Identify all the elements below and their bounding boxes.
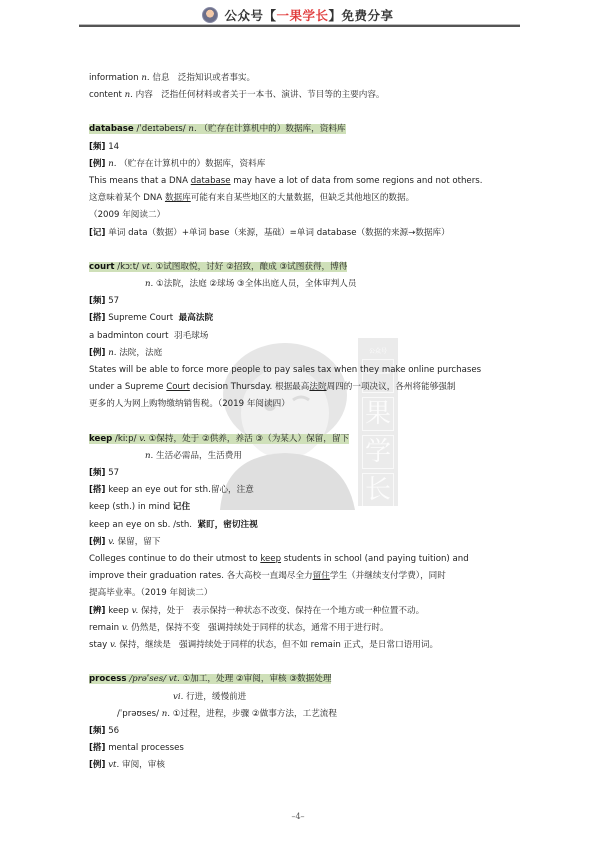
underlined-word: 留住 bbox=[313, 571, 330, 581]
text: 各大高校一直竭尽全力 bbox=[224, 571, 313, 581]
frequency-line: [频] 57 bbox=[89, 293, 517, 310]
text: 根据最高 bbox=[272, 382, 309, 392]
meaning: 保留，留下 bbox=[118, 537, 161, 547]
memory-text: 单词 data（数据）+单词 base（来源，基础）=单词 database（数… bbox=[108, 228, 450, 238]
example-en: States will be able to force more people… bbox=[89, 362, 517, 379]
pos: vi. bbox=[173, 692, 183, 702]
headword: keep bbox=[89, 434, 112, 444]
collocation-zh: 记住 bbox=[173, 502, 190, 512]
pos: n. bbox=[145, 279, 153, 289]
pos: n. bbox=[108, 348, 116, 358]
text: 提高毕业率。 bbox=[89, 588, 141, 598]
collocation-en: keep an eye on sb. /sth. bbox=[89, 520, 192, 530]
meaning: ①试图取悦，讨好 ②招致，酿成 ③试图获得，博得 bbox=[155, 262, 347, 272]
entry-process-headword: process /prəˈses/ vt. ①加工，处理 ②审阅，审核 ③数据处… bbox=[89, 671, 517, 688]
example-en: This means that a DNA database may have … bbox=[89, 173, 517, 190]
text: may have a lot of data from some regions… bbox=[231, 176, 483, 186]
collocation-line: [搭] keep an eye out for sth.留心，注意 bbox=[89, 482, 517, 499]
underlined-word: keep bbox=[260, 554, 281, 564]
example-zh: 提高毕业率。（2019 年阅读二） bbox=[89, 585, 517, 602]
header-suffix: 】免费分享 bbox=[329, 8, 394, 23]
collocation-en: keep (sth.) in mind bbox=[89, 502, 170, 512]
frequency-line: [频] 14 bbox=[89, 139, 517, 156]
intro-line: information n. 信息 泛指知识或者事实。 bbox=[89, 70, 517, 87]
meaning: ①加工，处理 ②审阅，审核 ③数据处理 bbox=[183, 674, 332, 684]
headword: database bbox=[89, 124, 134, 134]
avatar-icon bbox=[202, 7, 218, 23]
text: decision Thursday. bbox=[190, 382, 272, 392]
entry-court-headword: court /kɔːt/ vt. ①试图取悦，讨好 ②招致，酿成 ③试图获得，博… bbox=[89, 259, 517, 276]
example-en: Colleges continue to do their utmost to … bbox=[89, 551, 517, 568]
distinction-tag: [辨] bbox=[89, 606, 105, 616]
example-line: [例] n. 法院，法庭 bbox=[89, 345, 517, 362]
collocation-line: [搭] mental processes bbox=[89, 740, 517, 757]
freq-tag: [频] bbox=[89, 468, 105, 478]
text: 学生（并继续支付学费），同时 bbox=[330, 571, 446, 581]
phonetic: /kɔːt/ bbox=[117, 262, 139, 272]
example-source: （2019 年阅读二） bbox=[141, 588, 213, 598]
collocation-line: a badminton court 羽毛球场 bbox=[89, 328, 517, 345]
text: 这意味着某个 DNA bbox=[89, 193, 165, 203]
phonetic: /prəˈses/ bbox=[129, 674, 166, 684]
text: improve their graduation rates. bbox=[89, 571, 224, 581]
underlined-word: 法院 bbox=[309, 382, 326, 392]
page-number: –4– bbox=[0, 812, 596, 821]
pos: v. bbox=[108, 537, 115, 547]
example-zh: 这意味着某个 DNA 数据库可能有来自某些地区的大量数据，但缺乏其他地区的数据。 bbox=[89, 190, 517, 207]
meaning: （贮存在计算机中的）数据库，资料库 bbox=[119, 159, 265, 169]
freq-value: 14 bbox=[108, 142, 119, 152]
pos: vt. bbox=[142, 262, 153, 272]
note: 强调持续处于同样的状态，通常不用于进行时。 bbox=[208, 623, 388, 633]
freq-tag: [频] bbox=[89, 296, 105, 306]
meaning: 行进，缓慢前进 bbox=[186, 692, 246, 702]
text: Colleges continue to do their utmost to bbox=[89, 554, 260, 564]
example-zh: 更多的人为网上购物缴纳销售税。（2019 年阅读四） bbox=[89, 396, 517, 413]
distinction-line: remain v. 仍然是，保持不变 强调持续处于同样的状态，通常不用于进行时。 bbox=[89, 620, 517, 637]
collocation-tag: [搭] bbox=[89, 743, 105, 753]
header-title: 公众号【一果学长】免费分享 bbox=[224, 6, 393, 24]
note: 泛指任何材料或者关于一本书、演讲、节目等的主要内容。 bbox=[161, 90, 384, 100]
frequency-line: [频] 56 bbox=[89, 723, 517, 740]
meaning: ①过程，进程，步骤 ②做事方法，工艺流程 bbox=[173, 709, 337, 719]
example-tag: [例] bbox=[89, 348, 105, 358]
pos: v. bbox=[132, 606, 139, 616]
text: 更多的人为网上购物缴纳销售税。 bbox=[89, 399, 218, 409]
sense-line: n. ①法院，法庭 ②球场 ③全体出庭人员，全体审判人员 bbox=[89, 276, 517, 293]
document-body: information n. 信息 泛指知识或者事实。 content n. 内… bbox=[89, 70, 517, 775]
pos: v. bbox=[122, 623, 129, 633]
entry-database-headword: database /ˈdeɪtəbeɪs/ n. （贮存在计算机中的）数据库，资… bbox=[89, 121, 517, 138]
collocation-line: keep (sth.) in mind 记住 bbox=[89, 499, 517, 516]
collocation-en: a badminton court bbox=[89, 331, 169, 341]
text: 周四的一项决议，各州将能够强制 bbox=[327, 382, 456, 392]
sense-line: /ˈprəʊses/ n. ①过程，进程，步骤 ②做事方法，工艺流程 bbox=[89, 706, 517, 723]
collocation-en: mental processes bbox=[108, 743, 184, 753]
meaning: 保持，继续是 bbox=[119, 640, 171, 650]
pos: n. bbox=[188, 124, 196, 134]
sense-line: n. 生活必需品，生活费用 bbox=[89, 448, 517, 465]
meaning: ①保持，处于 ②供养，养活 ③（为某人）保留，留下 bbox=[149, 434, 349, 444]
meaning: ①法院，法庭 ②球场 ③全体出庭人员，全体审判人员 bbox=[156, 279, 356, 289]
collocation-en: Supreme Court bbox=[108, 313, 173, 323]
text: students in school (and paying tuition) … bbox=[281, 554, 469, 564]
distinction-line: stay v. 保持，继续是 强调持续处于同样的状态，但不如 remain 正式… bbox=[89, 637, 517, 654]
entry-keep-headword: keep /kiːp/ v. ①保持，处于 ②供养，养活 ③（为某人）保留，留下 bbox=[89, 431, 517, 448]
memory-tag: [记] bbox=[89, 228, 105, 238]
example-source: （2019 年阅读四） bbox=[218, 399, 290, 409]
meaning: 生活必需品，生活费用 bbox=[156, 451, 242, 461]
word: stay bbox=[89, 640, 107, 650]
example-tag: [例] bbox=[89, 537, 105, 547]
example-line: [例] n. （贮存在计算机中的）数据库，资料库 bbox=[89, 156, 517, 173]
freq-tag: [频] bbox=[89, 726, 105, 736]
underlined-word: Court bbox=[166, 382, 190, 392]
pos: v. bbox=[139, 434, 146, 444]
header-divider bbox=[79, 24, 520, 27]
header-prefix: 公众号【 bbox=[224, 8, 276, 23]
note: 强调持续处于同样的状态，但不如 remain 正式，是日常口语用词。 bbox=[179, 640, 438, 650]
collocation-en: keep an eye out for sth. bbox=[108, 485, 211, 495]
meaning: 保持，处于 bbox=[141, 606, 184, 616]
pos: vt. bbox=[108, 760, 119, 770]
collocation-line: [搭] Supreme Court 最高法院 bbox=[89, 310, 517, 327]
note: 表示保持一种状态不改变、保持在一个地方或一种位置不动。 bbox=[192, 606, 424, 616]
freq-value: 56 bbox=[108, 726, 119, 736]
collocation-line: keep an eye on sb. /sth. 紧盯，密切注视 bbox=[89, 517, 517, 534]
pos: vt. bbox=[169, 674, 180, 684]
collocation-zh: 留心，注意 bbox=[211, 485, 254, 495]
example-line: [例] v. 保留，留下 bbox=[89, 534, 517, 551]
text: This means that a DNA bbox=[89, 176, 191, 186]
freq-value: 57 bbox=[108, 468, 119, 478]
freq-tag: [频] bbox=[89, 142, 105, 152]
collocation-zh: 紧盯，密切注视 bbox=[198, 520, 258, 530]
collocation-zh: 羽毛球场 bbox=[174, 331, 208, 341]
headword: court bbox=[89, 262, 114, 272]
note: 泛指知识或者事实。 bbox=[178, 73, 255, 83]
underlined-word: 数据库 bbox=[165, 193, 191, 203]
meaning: 仍然是，保持不变 bbox=[131, 623, 200, 633]
headword: process bbox=[89, 674, 126, 684]
pos: v. bbox=[110, 640, 117, 650]
meaning: 内容 bbox=[136, 90, 153, 100]
collocation-zh: 最高法院 bbox=[179, 313, 213, 323]
example-en: under a Supreme Court decision Thursday.… bbox=[89, 379, 517, 396]
phonetic: /ˈdeɪtəbeɪs/ bbox=[137, 124, 186, 134]
phonetic: /ˈprəʊses/ bbox=[117, 709, 159, 719]
frequency-line: [频] 57 bbox=[89, 465, 517, 482]
freq-value: 57 bbox=[108, 296, 119, 306]
distinction-line: [辨] keep v. 保持，处于 表示保持一种状态不改变、保持在一个地方或一种… bbox=[89, 603, 517, 620]
pos: n. bbox=[141, 73, 149, 83]
word: remain bbox=[89, 623, 119, 633]
text: 可能有来自某些地区的大量数据，但缺乏其他地区的数据。 bbox=[191, 193, 414, 203]
example-source: （2009 年阅读二） bbox=[89, 207, 517, 224]
example-en: improve their graduation rates. 各大高校一直竭尽… bbox=[89, 568, 517, 585]
collocation-tag: [搭] bbox=[89, 313, 105, 323]
word: information bbox=[89, 73, 139, 83]
pos: n. bbox=[108, 159, 116, 169]
word: keep bbox=[108, 606, 129, 616]
collocation-tag: [搭] bbox=[89, 485, 105, 495]
example-tag: [例] bbox=[89, 159, 105, 169]
example-line: [例] vt. 审阅，审核 bbox=[89, 757, 517, 774]
memory-line: [记] 单词 data（数据）+单词 base（来源，基础）=单词 databa… bbox=[89, 225, 517, 242]
meaning: 法院，法庭 bbox=[119, 348, 162, 358]
intro-line: content n. 内容 泛指任何材料或者关于一本书、演讲、节目等的主要内容。 bbox=[89, 87, 517, 104]
word: content bbox=[89, 90, 122, 100]
pos: n. bbox=[162, 709, 170, 719]
meaning: 信息 bbox=[152, 73, 169, 83]
pos: n. bbox=[125, 90, 133, 100]
meaning: （贮存在计算机中的）数据库，资料库 bbox=[199, 124, 345, 134]
text: under a Supreme bbox=[89, 382, 166, 392]
meaning: 审阅，审核 bbox=[122, 760, 165, 770]
underlined-word: database bbox=[191, 176, 231, 186]
phonetic: /kiːp/ bbox=[115, 434, 137, 444]
pos: n. bbox=[145, 451, 153, 461]
header-brand: 一果学长 bbox=[276, 8, 328, 23]
sense-line: vi. 行进，缓慢前进 bbox=[89, 689, 517, 706]
example-tag: [例] bbox=[89, 760, 105, 770]
